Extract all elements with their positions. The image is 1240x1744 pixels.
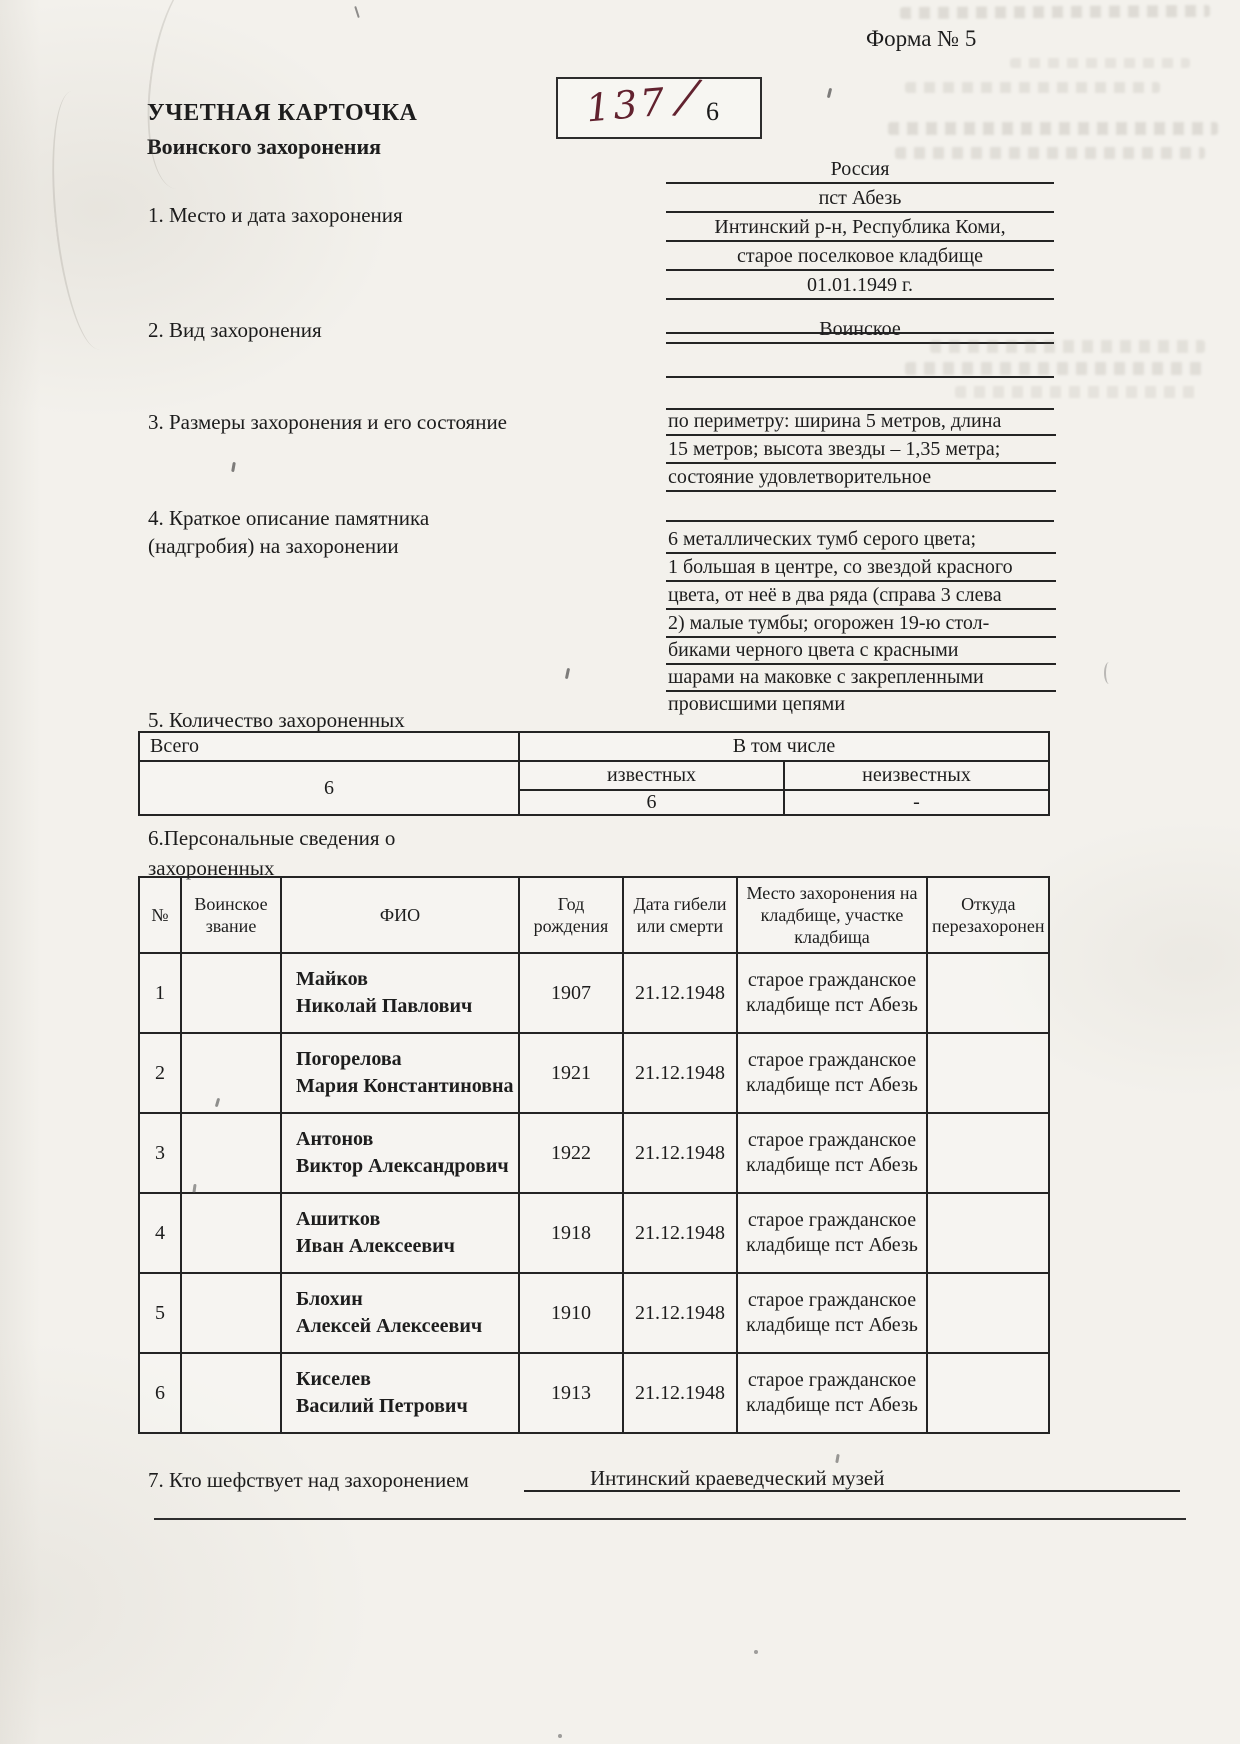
field-cemetery: старое поселковое кладбище — [666, 243, 1054, 271]
scan-artifact — [888, 122, 1218, 135]
cell-rank — [180, 1354, 280, 1432]
table-row: 6 Киселев Василий Петрович 1913 21.12.19… — [140, 1352, 1048, 1432]
ink-speck — [754, 1650, 758, 1654]
cell-birth: 1921 — [518, 1034, 622, 1112]
field-size-line1: по периметру: ширина 5 метров, длина — [666, 408, 1056, 436]
cell-rank — [180, 1194, 280, 1272]
ink-speck — [231, 462, 236, 472]
section4-label-line1: 4. Краткое описание памятника — [148, 506, 429, 531]
cell-birth: 1918 — [518, 1194, 622, 1272]
total-column: Всего 6 — [140, 733, 520, 814]
header-death: Дата гибели или смерти — [622, 878, 736, 952]
ink-speck — [827, 88, 832, 98]
card-number-slash: / — [672, 62, 700, 133]
cell-origin — [926, 1114, 1048, 1192]
known-header: известных — [520, 762, 783, 791]
cell-fio: Киселев Василий Петрович — [280, 1354, 518, 1432]
surname: Ашитков — [296, 1206, 380, 1233]
field-monument-line2: 1 большая в центре, со звездой красного — [666, 554, 1056, 582]
field-settlement: пст Абезь — [666, 185, 1054, 213]
unknown-column: неизвестных - — [783, 762, 1048, 814]
section6-label-line1: 6.Персональные сведения о — [148, 826, 395, 851]
cell-origin — [926, 1354, 1048, 1432]
cell-death: 21.12.1948 — [622, 1274, 736, 1352]
scan-crease — [42, 87, 131, 352]
blank-rule — [666, 494, 1054, 522]
cell-rank — [180, 954, 280, 1032]
scan-artifact — [1010, 58, 1190, 68]
cell-place: старое гражданское кладбище пст Абезь — [736, 1194, 926, 1272]
ink-speck — [558, 1734, 562, 1738]
cell-origin — [926, 954, 1048, 1032]
table-row: 5 Блохин Алексей Алексеевич 1910 21.12.1… — [140, 1272, 1048, 1352]
card-title-line2: Воинского захоронения — [147, 134, 381, 160]
cell-fio: Блохин Алексей Алексеевич — [280, 1274, 518, 1352]
cell-place: старое гражданское кладбище пст Абезь — [736, 1274, 926, 1352]
section1-label: 1. Место и дата захоронения — [148, 203, 403, 228]
ink-speck — [1104, 662, 1114, 684]
section4-label-line2: (надгробия) на захоронении — [148, 534, 399, 559]
field-monument-line5: биками черного цвета с красными — [666, 637, 1056, 665]
cell-fio: Антонов Виктор Александрович — [280, 1114, 518, 1192]
field-burial-type: Воинское — [666, 316, 1054, 344]
cell-rank — [180, 1034, 280, 1112]
cell-birth: 1910 — [518, 1274, 622, 1352]
cell-num: 4 — [140, 1194, 180, 1272]
section5-label: 5. Количество захороненных — [148, 708, 405, 733]
surname: Блохин — [296, 1286, 363, 1313]
field-monument-line4: 2) малые тумбы; огорожен 19-ю стол- — [666, 610, 1056, 638]
given-names: Иван Алексеевич — [296, 1233, 455, 1260]
card-number-suffix: 6 — [706, 97, 719, 127]
field-monument-line1: 6 металлических тумб серого цвета; — [666, 526, 1056, 554]
card-title-line1: УЧЕТНАЯ КАРТОЧКА — [147, 100, 417, 127]
given-names: Василий Петрович — [296, 1393, 468, 1420]
scanned-burial-card: { "form_label": "Форма № 5", "card_numbe… — [0, 0, 1240, 1744]
header-num: № — [140, 878, 180, 952]
cell-num: 3 — [140, 1114, 180, 1192]
cell-place: старое гражданское кладбище пст Абезь — [736, 1034, 926, 1112]
field-district: Интинский р-н, Республика Коми, — [666, 214, 1054, 242]
field-monument-line6: шарами на маковке с закрепленными — [666, 664, 1056, 692]
cell-rank — [180, 1114, 280, 1192]
cell-death: 21.12.1948 — [622, 1034, 736, 1112]
form-number-label: Форма № 5 — [866, 26, 976, 52]
header-birth: Год рождения — [518, 878, 622, 952]
cell-death: 21.12.1948 — [622, 1114, 736, 1192]
blank-rule — [154, 1518, 1186, 1520]
surname: Погорелова — [296, 1046, 402, 1073]
cell-death: 21.12.1948 — [622, 1194, 736, 1272]
header-fio: ФИО — [280, 878, 518, 952]
table-row: 4 Ашитков Иван Алексеевич 1918 21.12.194… — [140, 1192, 1048, 1272]
including-header: В том числе — [520, 733, 1048, 762]
field-monument-line3: цвета, от неё в два ряда (справа 3 слева — [666, 582, 1056, 610]
blank-rule — [666, 382, 1054, 410]
ink-speck — [835, 1454, 840, 1463]
persons-table-header: № Воинское звание ФИО Год рождения Дата … — [140, 878, 1048, 952]
cell-birth: 1907 — [518, 954, 622, 1032]
cell-num: 6 — [140, 1354, 180, 1432]
section7-label: 7. Кто шефствует над захоронением — [148, 1468, 469, 1493]
known-value: 6 — [520, 791, 783, 814]
field-caretaker: Интинский краеведческий музей — [524, 1464, 1180, 1492]
table-row: 1 Майков Николай Павлович 1907 21.12.194… — [140, 952, 1048, 1032]
cell-fio: Погорелова Мария Константиновна — [280, 1034, 518, 1112]
card-number-box: 137 / 6 — [556, 77, 762, 139]
cell-death: 21.12.1948 — [622, 954, 736, 1032]
cell-place: старое гражданское кладбище пст Абезь — [736, 1114, 926, 1192]
burial-count-table: Всего 6 В том числе известных 6 неизвест… — [138, 731, 1050, 816]
surname: Майков — [296, 966, 368, 993]
ink-speck — [354, 6, 360, 18]
total-value: 6 — [140, 762, 518, 814]
cell-fio: Ашитков Иван Алексеевич — [280, 1194, 518, 1272]
table-row: 2 Погорелова Мария Константиновна 1921 2… — [140, 1032, 1048, 1112]
known-column: известных 6 — [520, 762, 783, 814]
blank-rule — [666, 350, 1054, 378]
table-row: 3 Антонов Виктор Александрович 1922 21.1… — [140, 1112, 1048, 1192]
cell-num: 2 — [140, 1034, 180, 1112]
total-header: Всего — [140, 733, 518, 762]
card-number-handwritten: 137 — [584, 80, 669, 131]
header-place: Место захоронения на кладбище, участке к… — [736, 878, 926, 952]
scan-artifact — [900, 5, 1210, 19]
scan-crease — [135, 0, 247, 195]
field-monument-line7: провисшими цепями — [666, 691, 1056, 717]
cell-birth: 1913 — [518, 1354, 622, 1432]
unknown-value: - — [785, 791, 1048, 814]
given-names: Николай Павлович — [296, 993, 472, 1020]
scan-artifact — [905, 82, 1160, 93]
cell-place: старое гражданское кладбище пст Абезь — [736, 1354, 926, 1432]
cell-num: 5 — [140, 1274, 180, 1352]
given-names: Мария Константиновна — [296, 1073, 514, 1100]
including-column: В том числе известных 6 неизвестных - — [520, 733, 1048, 814]
field-date: 01.01.1949 г. — [666, 272, 1054, 300]
field-size-line3: состояние удовлетворительное — [666, 464, 1056, 492]
field-country: Россия — [666, 156, 1054, 184]
cell-fio: Майков Николай Павлович — [280, 954, 518, 1032]
cell-origin — [926, 1194, 1048, 1272]
cell-origin — [926, 1034, 1048, 1112]
section2-label: 2. Вид захоронения — [148, 318, 322, 343]
header-origin: Откуда перезахоронен — [926, 878, 1049, 952]
section3-label: 3. Размеры захоронения и его состояние — [148, 410, 507, 435]
given-names: Алексей Алексеевич — [296, 1313, 482, 1340]
cell-death: 21.12.1948 — [622, 1354, 736, 1432]
cell-place: старое гражданское кладбище пст Абезь — [736, 954, 926, 1032]
given-names: Виктор Александрович — [296, 1153, 509, 1180]
cell-origin — [926, 1274, 1048, 1352]
cell-birth: 1922 — [518, 1114, 622, 1192]
surname: Антонов — [296, 1126, 373, 1153]
persons-table: № Воинское звание ФИО Год рождения Дата … — [138, 876, 1050, 1434]
ink-speck — [565, 668, 570, 679]
unknown-header: неизвестных — [785, 762, 1048, 791]
cell-num: 1 — [140, 954, 180, 1032]
surname: Киселев — [296, 1366, 371, 1393]
field-size-line2: 15 метров; высота звезды – 1,35 метра; — [666, 436, 1056, 464]
cell-rank — [180, 1274, 280, 1352]
header-rank: Воинское звание — [180, 878, 280, 952]
